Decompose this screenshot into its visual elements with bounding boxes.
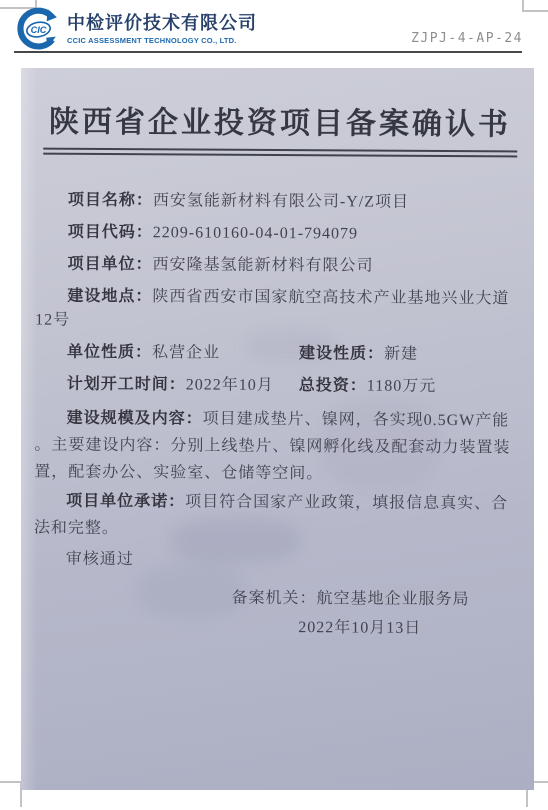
authority-value: 航空基地企业服务局 xyxy=(316,590,469,608)
crop-mark-top-right xyxy=(522,0,548,12)
field-label: 计划开工时间： xyxy=(67,376,186,394)
field-label: 建设地点： xyxy=(67,288,152,306)
field-label: 建设性质： xyxy=(299,345,384,363)
certificate-title-wrap: 陕西省企业投资项目备案确认书 xyxy=(36,97,523,158)
field-value: 西安隆基氢能新材料有限公司 xyxy=(153,256,374,274)
svg-text:CIC: CIC xyxy=(31,25,47,35)
field-unit-nature: 单位性质：私营企业 xyxy=(35,341,299,367)
issue-date: 2022年10月13日 xyxy=(33,612,520,645)
doc-code: ZJPJ-4-AP-24 xyxy=(411,31,523,46)
paragraph-scale-content: 建设规模及内容：项目建成垫片、镍网，各实现0.5GW产能 。主要建设内容：分别上… xyxy=(34,405,521,489)
company-name-block: 中检评价技术有限公司 CCIC ASSESSMENT TECHNOLOGY CO… xyxy=(67,12,257,45)
field-label: 项目名称： xyxy=(68,192,153,210)
field-total-investment: 总投资：1180万元 xyxy=(299,374,522,399)
company-name-en: CCIC ASSESSMENT TECHNOLOGY CO., LTD. xyxy=(67,36,257,45)
company-name-cn: 中检评价技术有限公司 xyxy=(67,12,257,34)
certificate-body: 陕西省企业投资项目备案确认书 项目名称：西安氢能新材料有限公司-Y/Z项目 项目… xyxy=(21,68,534,645)
authority-label: 备案机关： xyxy=(231,590,316,608)
header-rule xyxy=(14,51,522,53)
row-start-investment: 计划开工时间：2022年10月 总投资：1180万元 xyxy=(35,373,522,400)
field-construction-nature: 建设性质：新建 xyxy=(299,342,522,367)
review-status: 审核通过 xyxy=(34,548,521,575)
field-value: 1180万元 xyxy=(367,378,437,395)
crop-mark-bottom-left xyxy=(0,781,22,807)
page: { "header": { "logo_text": "CIC", "compa… xyxy=(0,0,548,810)
document-photo: 陕西省企业投资项目备案确认书 项目名称：西安氢能新材料有限公司-Y/Z项目 项目… xyxy=(21,68,534,790)
field-project-unit: 项目单位：西安隆基氢能新材料有限公司 xyxy=(35,253,522,280)
field-value: 2209-610160-04-01-794079 xyxy=(153,224,358,242)
review-status-text: 审核通过 xyxy=(66,551,134,568)
field-value: 西安氢能新材料有限公司-Y/Z项目 xyxy=(153,192,409,211)
field-label: 单位性质： xyxy=(67,344,152,362)
certificate-title: 陕西省企业投资项目备案确认书 xyxy=(43,97,517,158)
field-label: 项目单位： xyxy=(68,256,153,274)
field-value: 私营企业 xyxy=(152,344,220,361)
field-label: 建设规模及内容： xyxy=(67,410,203,428)
field-value: 新建 xyxy=(384,346,418,363)
row-unit-nature: 单位性质：私营企业 建设性质：新建 xyxy=(35,341,522,368)
field-project-code: 项目代码：2209-610160-04-01-794079 xyxy=(36,221,523,248)
field-construction-site: 建设地点：陕西省西安市国家航空高技术产业基地兴业大道 12号 xyxy=(35,285,522,336)
field-project-name: 项目名称：西安氢能新材料有限公司-Y/Z项目 xyxy=(36,189,523,216)
letterhead: CIC 中检评价技术有限公司 CCIC ASSESSMENT TECHNOLOG… xyxy=(16,6,257,51)
filing-authority: 备案机关：航空基地企业服务局 xyxy=(33,584,520,615)
ccic-logo-icon: CIC xyxy=(16,6,61,51)
field-label: 项目单位承诺： xyxy=(66,493,185,511)
field-planned-start: 计划开工时间：2022年10月 xyxy=(35,373,299,399)
field-value: 2022年10月 xyxy=(186,376,274,394)
paragraph-commitment: 项目单位承诺：项目符合国家产业政策，填报信息真实、合 法和完整。 xyxy=(34,488,521,545)
field-label: 项目代码： xyxy=(68,224,153,242)
field-label: 总投资： xyxy=(299,377,367,394)
